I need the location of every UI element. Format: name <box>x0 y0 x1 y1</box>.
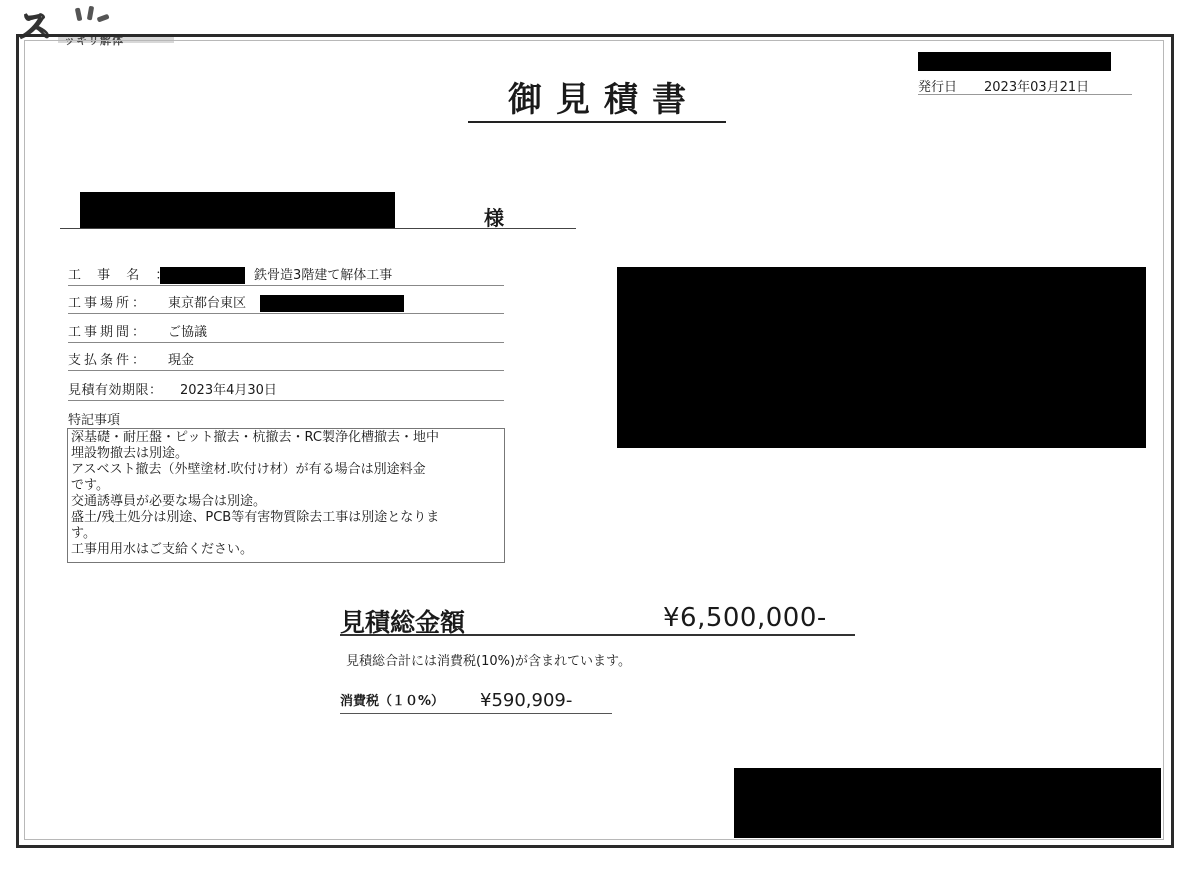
redacted-stamp-block <box>734 768 1161 838</box>
issue-date-label: 発行日 <box>918 76 957 95</box>
recipient-honorific: 様 <box>484 202 504 231</box>
redacted-company-block <box>617 267 1146 448</box>
note-line: アスベスト撤去（外壁塗材.吹付け材）が有る場合は別途料金 <box>71 462 501 478</box>
tax-label: 消費税（１０%） <box>340 690 444 709</box>
issue-date-value: 2023年03月21日 <box>984 76 1089 95</box>
title-underline <box>468 121 726 123</box>
notes-box: 深基礎・耐圧盤・ピット撤去・杭撤去・RC製浄化槽撤去・地中 埋設物撤去は別途。 … <box>67 428 505 563</box>
detail-row-payment: 支払条件： 現金 <box>68 350 504 371</box>
detail-row-validity: 見積有効期限： 2023年4月30日 <box>68 380 504 401</box>
note-line: 盛土/残土処分は別途、PCB等有害物質除去工事は別途となりま <box>71 510 501 526</box>
detail-label: 工事期間： <box>68 321 148 340</box>
detail-value: 2023年4月30日 <box>180 379 277 398</box>
detail-value: 鉄骨造3階建て解体工事 <box>254 264 392 283</box>
note-line: 工事用用水はご支給ください。 <box>71 542 501 558</box>
tax-included-note: 見積総合計には消費税(10%)が含まれています。 <box>346 650 631 669</box>
detail-value: ご協議 <box>168 321 207 340</box>
total-amount-value: ¥6,500,000- <box>663 603 827 633</box>
tax-value: ¥590,909- <box>480 690 572 711</box>
note-line: す。 <box>71 526 501 542</box>
logo-rays-icon <box>72 6 112 28</box>
detail-value: 現金 <box>168 349 194 368</box>
note-line: 埋設物撤去は別途。 <box>71 446 501 462</box>
redacted-project-prefix <box>160 267 245 284</box>
recipient-underline <box>60 228 576 229</box>
detail-row-project-name: 工 事 名 ： 鉄骨造3階建て解体工事 <box>68 265 504 286</box>
issue-date-row: 発行日 2023年03月21日 <box>918 76 1132 95</box>
redacted-recipient-name <box>80 192 395 229</box>
tax-underline <box>340 713 612 714</box>
redacted-address <box>260 295 404 312</box>
note-line: です。 <box>71 478 501 494</box>
detail-label: 工事場所： <box>68 292 148 311</box>
document-title: 御見積書 <box>468 80 726 120</box>
note-line: 深基礎・耐圧盤・ピット撤去・杭撤去・RC製浄化槽撤去・地中 <box>71 430 501 446</box>
notes-title: 特記事項 <box>68 409 120 428</box>
detail-value: 東京都台東区 <box>168 292 246 311</box>
detail-label: 支払条件： <box>68 349 148 368</box>
note-line: 交通誘導員が必要な場合は別途。 <box>71 494 501 510</box>
detail-label: 工 事 名 ： <box>68 264 174 283</box>
detail-row-period: 工事期間： ご協議 <box>68 322 504 343</box>
total-underline <box>340 634 855 636</box>
redacted-issuer-id <box>918 52 1111 71</box>
detail-label: 見積有効期限： <box>68 379 163 398</box>
detail-row-location: 工事場所： 東京都台東区 <box>68 293 504 314</box>
